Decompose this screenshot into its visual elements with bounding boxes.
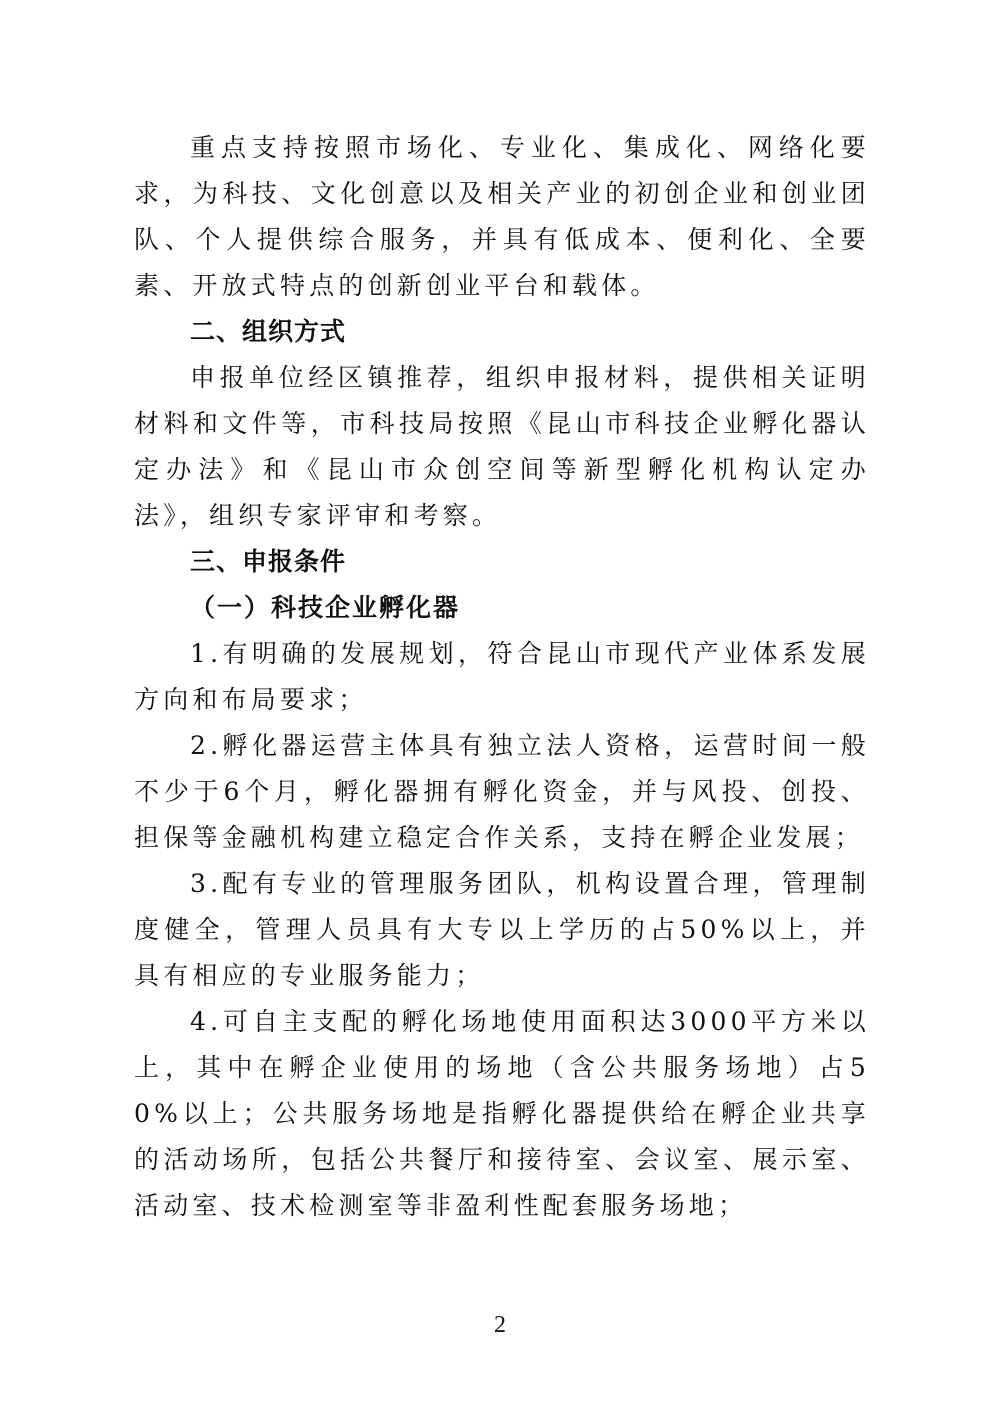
condition-item-4: 4.可自主支配的孵化场地使用面积达3000平方米以上，其中在孵企业使用的场地（含… [134, 999, 870, 1229]
document-page: 重点支持按照市场化、专业化、集成化、网络化要求，为科技、文化创意以及相关产业的初… [134, 125, 870, 1229]
section-heading-conditions: 三、申报条件 [134, 539, 870, 585]
page-number: 2 [0, 1312, 1000, 1339]
condition-item-1: 1.有明确的发展规划，符合昆山市现代产业体系发展方向和布局要求； [134, 631, 870, 723]
condition-item-2: 2.孵化器运营主体具有独立法人资格，运营时间一般不少于6个月，孵化器拥有孵化资金… [134, 723, 870, 861]
intro-paragraph: 重点支持按照市场化、专业化、集成化、网络化要求，为科技、文化创意以及相关产业的初… [134, 125, 870, 309]
section-heading-organization: 二、组织方式 [134, 309, 870, 355]
condition-item-3: 3.配有专业的管理服务团队，机构设置合理，管理制度健全，管理人员具有大专以上学历… [134, 861, 870, 999]
subsection-heading-incubator: （一）科技企业孵化器 [134, 585, 870, 631]
organization-paragraph: 申报单位经区镇推荐，组织申报材料，提供相关证明材料和文件等，市科技局按照《昆山市… [134, 355, 870, 539]
